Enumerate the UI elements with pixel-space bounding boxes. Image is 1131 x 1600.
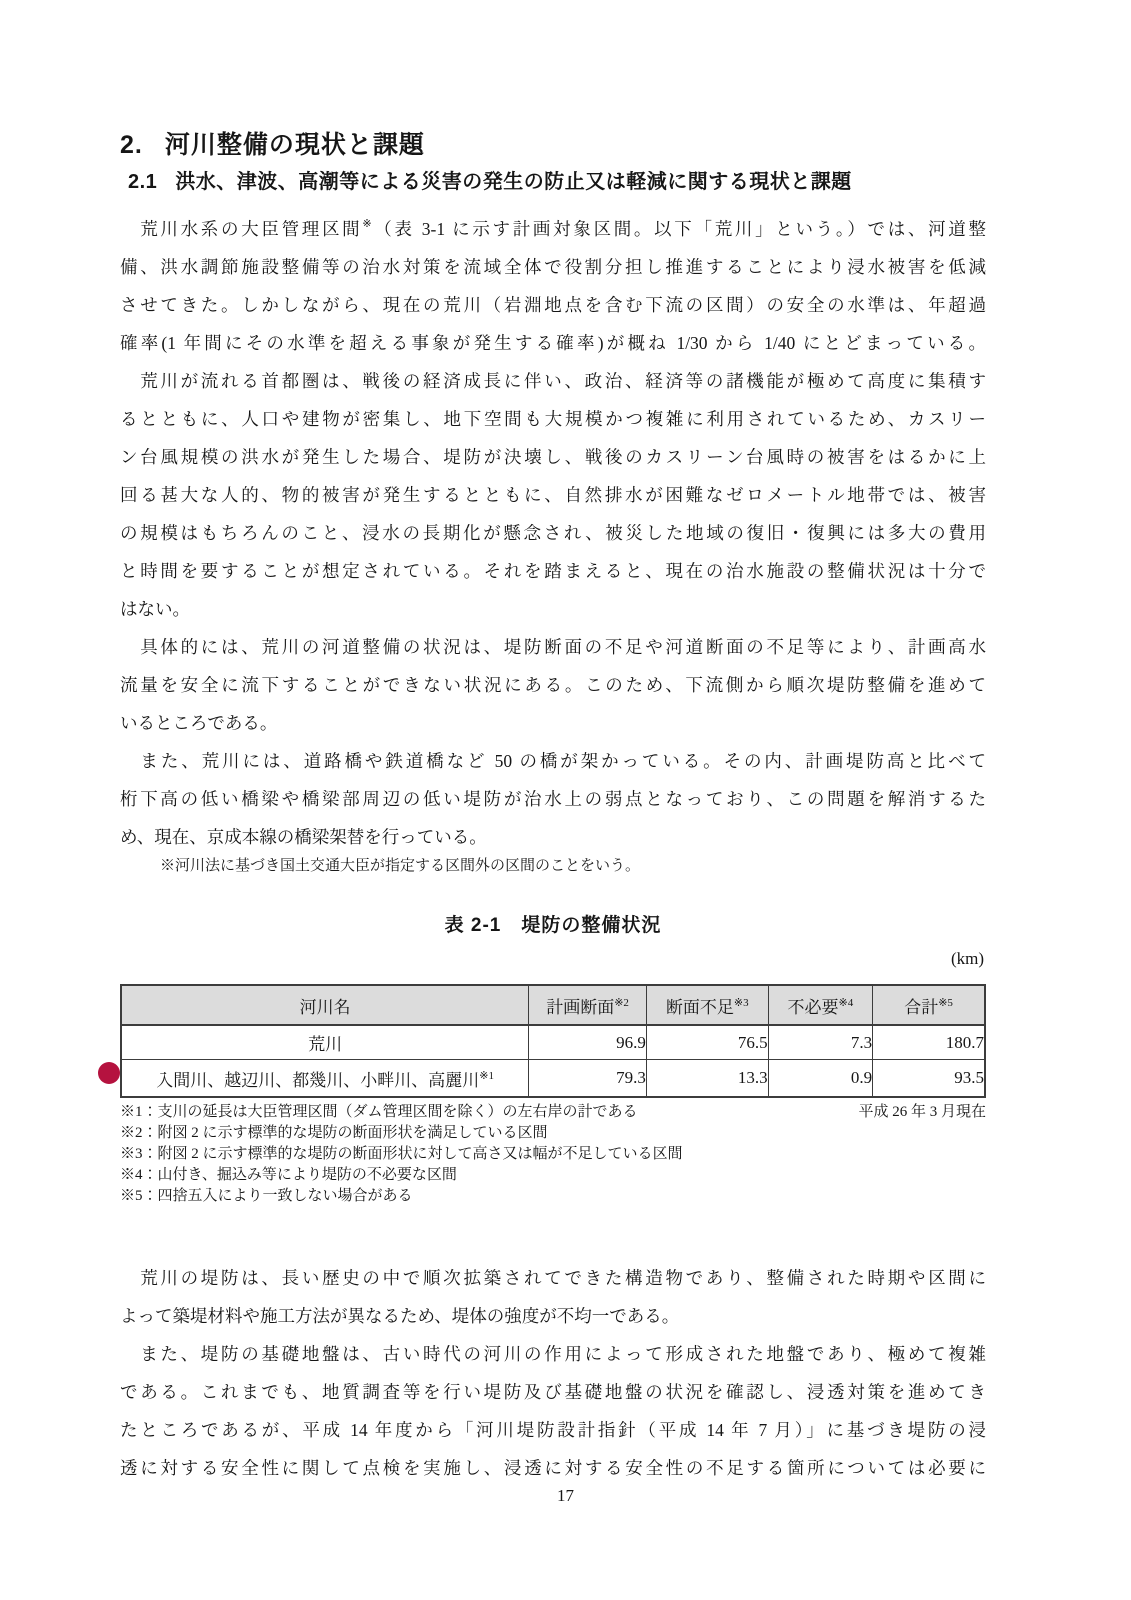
value-cell: 13.3 bbox=[646, 1060, 768, 1098]
text-run: 荒川水系の大臣管理区間 bbox=[120, 219, 362, 239]
page-content: 2.河川整備の現状と課題 2.1洪水、津波、高潮等による災害の発生の防止又は軽減… bbox=[120, 130, 986, 1487]
levee-maintenance-table: 河川名 計画断面※2 断面不足※3 不必要※4 合計※5 荒川 96.9 76.… bbox=[120, 984, 986, 1098]
text-line: また、堤防の基礎地盤は、古い時代の河川の作用によって形成された地盤であり、極めて… bbox=[120, 1335, 986, 1373]
column-label: 合計 bbox=[904, 998, 938, 1017]
text-line: である。これまでも、地質調査等を行い堤防及び基礎地盤の状況を確認し、浸透対策を進… bbox=[120, 1373, 986, 1411]
value-cell: 93.5 bbox=[873, 1060, 985, 1098]
subsection-number: 2.1 bbox=[128, 171, 157, 193]
text-line: はない。 bbox=[120, 590, 986, 628]
table-wrapper: 河川名 計画断面※2 断面不足※3 不必要※4 合計※5 荒川 96.9 76.… bbox=[120, 984, 986, 1098]
table-header-row: 河川名 計画断面※2 断面不足※3 不必要※4 合計※5 bbox=[121, 985, 985, 1025]
page-footnote: ※河川法に基づき国土交通大臣が指定する区間外の区間のことをいう。 bbox=[120, 856, 986, 877]
text-line: 透に対する安全性に関して点検を実施し、浸透に対する安全性の不足する箇所については… bbox=[120, 1449, 986, 1487]
text-line: ン台風規模の洪水が発生した場合、堤防が決壊し、戦後のカスリーン台風時の被害をはる… bbox=[120, 438, 986, 476]
table-row-tributaries: 入間川、越辺川、都幾川、小畔川、高麗川※1 79.3 13.3 0.9 93.5 bbox=[121, 1060, 985, 1098]
table-notes: ※1：支川の延長は大臣管理区間（ダム管理区間を除く）の左右岸の計である平成 26… bbox=[120, 1102, 986, 1207]
value-cell: 7.3 bbox=[768, 1025, 873, 1060]
column-label: 河川名 bbox=[300, 998, 351, 1017]
river-name-cell: 荒川 bbox=[121, 1025, 529, 1060]
paragraph: 荒川の堤防は、長い歴史の中で順次拡築されてできた構造物であり、整備された時期や区… bbox=[120, 1259, 986, 1335]
text-line: 流量を安全に流下することができない状況にある。このため、下流側から順次堤防整備を… bbox=[120, 666, 986, 704]
note-date: 平成 26 年 3 月現在 bbox=[858, 1102, 986, 1123]
text-line: の規模はもちろんのこと、浸水の長期化が懸念され、被災した地域の復旧・復興には多大… bbox=[120, 514, 986, 552]
note-line: ※1：支川の延長は大臣管理区間（ダム管理区間を除く）の左右岸の計である平成 26… bbox=[120, 1102, 986, 1123]
river-name: 入間川、越辺川、都幾川、小畔川、高麗川 bbox=[156, 1071, 479, 1090]
note-text: ※4：山付き、掘込み等により堤防の不必要な区間 bbox=[120, 1165, 457, 1186]
paragraph: また、堤防の基礎地盤は、古い時代の河川の作用によって形成された地盤であり、極めて… bbox=[120, 1335, 986, 1487]
text-line: 荒川水系の大臣管理区間※（表 3-1 に示す計画対象区間。以下「荒川」という。）… bbox=[120, 210, 986, 248]
text-line: させてきた。しかしながら、現在の荒川（岩淵地点を含む下流の区間）の安全の水準は、… bbox=[120, 286, 986, 324]
note-text: ※1：支川の延長は大臣管理区間（ダム管理区間を除く）の左右岸の計である bbox=[120, 1102, 638, 1123]
text-line: 荒川が流れる首都圏は、戦後の経済成長に伴い、政治、経済等の諸機能が極めて高度に集… bbox=[120, 362, 986, 400]
red-dot-marker bbox=[98, 1062, 120, 1084]
paragraph: また、荒川には、道路橋や鉄道橋など 50 の橋が架かっている。その内、計画堤防高… bbox=[120, 742, 986, 856]
section-title: 河川整備の現状と課題 bbox=[165, 131, 425, 159]
note-ref: ※4 bbox=[839, 997, 854, 1009]
section-heading: 2.河川整備の現状と課題 bbox=[120, 130, 986, 160]
note-line: ※2：附図 2 に示す標準的な堤防の断面形状を満足している区間 bbox=[120, 1123, 986, 1144]
table-title: 表 2-1堤防の整備状況 bbox=[120, 913, 986, 939]
note-line: ※4：山付き、掘込み等により堤防の不必要な区間 bbox=[120, 1165, 986, 1186]
text-run: （表 3-1 に示す計画対象区間。以下「荒川」という。）では、河道整 bbox=[374, 219, 986, 239]
text-line: たところであるが、平成 14 年度から「河川堤防設計指針（平成 14 年 7 月… bbox=[120, 1411, 986, 1449]
body-text: 荒川水系の大臣管理区間※（表 3-1 に示す計画対象区間。以下「荒川」という。）… bbox=[120, 210, 986, 856]
text-line: るとともに、人口や建物が密集し、地下空間も大規模かつ複雑に利用されているため、カ… bbox=[120, 400, 986, 438]
note-text: ※5：四捨五入により一致しない場合がある bbox=[120, 1186, 413, 1207]
note-ref: ※5 bbox=[938, 997, 953, 1009]
document-page: 2.河川整備の現状と課題 2.1洪水、津波、高潮等による災害の発生の防止又は軽減… bbox=[0, 0, 1131, 1600]
table-unit-label: (km) bbox=[120, 947, 986, 971]
river-name-cell: 入間川、越辺川、都幾川、小畔川、高麗川※1 bbox=[121, 1060, 529, 1098]
value-cell: 79.3 bbox=[529, 1060, 647, 1098]
note-ref: ※3 bbox=[734, 997, 749, 1009]
note-text: ※3：附図 2 に示す標準的な堤防の断面形状に対して高さ又は幅が不足している区間 bbox=[120, 1144, 683, 1165]
column-header-planned-section: 計画断面※2 bbox=[529, 985, 647, 1025]
note-ref: ※1 bbox=[479, 1070, 494, 1082]
text-line: と時間を要することが想定されている。それを踏まえると、現在の治水施設の整備状況は… bbox=[120, 552, 986, 590]
text-line: 確率(1 年間にその水準を超える事象が発生する確率)が概ね 1/30 から 1/… bbox=[120, 324, 986, 362]
column-header-unnecessary: 不必要※4 bbox=[768, 985, 873, 1025]
text-line: また、荒川には、道路橋や鉄道橋など 50 の橋が架かっている。その内、計画堤防高… bbox=[120, 742, 986, 780]
value-cell: 76.5 bbox=[646, 1025, 768, 1060]
column-header-total: 合計※5 bbox=[873, 985, 985, 1025]
note-ref: ※2 bbox=[614, 997, 629, 1009]
text-line: よって築堤材料や施工方法が異なるため、堤体の強度が不均一である。 bbox=[120, 1297, 986, 1335]
note-line: ※3：附図 2 に示す標準的な堤防の断面形状に対して高さ又は幅が不足している区間 bbox=[120, 1144, 986, 1165]
paragraph: 荒川水系の大臣管理区間※（表 3-1 に示す計画対象区間。以下「荒川」という。）… bbox=[120, 210, 986, 362]
section-number: 2. bbox=[120, 131, 143, 159]
value-cell: 96.9 bbox=[529, 1025, 647, 1060]
text-line: 備、洪水調節施設整備等の治水対策を流域全体で役割分担し推進することにより浸水被害… bbox=[120, 248, 986, 286]
column-label: 不必要 bbox=[788, 998, 839, 1017]
subsection-title: 洪水、津波、高潮等による災害の発生の防止又は軽減に関する現状と課題 bbox=[175, 171, 852, 193]
table-caption: 堤防の整備状況 bbox=[521, 915, 661, 936]
text-line: いるところである。 bbox=[120, 704, 986, 742]
body-text-lower: 荒川の堤防は、長い歴史の中で順次拡築されてできた構造物であり、整備された時期や区… bbox=[120, 1259, 986, 1487]
page-number: 17 bbox=[0, 1486, 1131, 1506]
column-header-insufficient-section: 断面不足※3 bbox=[646, 985, 768, 1025]
column-label: 計画断面 bbox=[546, 998, 614, 1017]
subsection-heading: 2.1洪水、津波、高潮等による災害の発生の防止又は軽減に関する現状と課題 bbox=[120, 168, 986, 196]
paragraph: 荒川が流れる首都圏は、戦後の経済成長に伴い、政治、経済等の諸機能が極めて高度に集… bbox=[120, 362, 986, 628]
footnote-ref: ※ bbox=[362, 218, 374, 230]
text-line: 桁下高の低い橋梁や橋梁部周辺の低い堤防が治水上の弱点となっており、この問題を解消… bbox=[120, 780, 986, 818]
text-line: 回る甚大な人的、物的被害が発生するとともに、自然排水が困難なゼロメートル地帯では… bbox=[120, 476, 986, 514]
value-cell: 0.9 bbox=[768, 1060, 873, 1098]
text-line: 荒川の堤防は、長い歴史の中で順次拡築されてできた構造物であり、整備された時期や区… bbox=[120, 1259, 986, 1297]
value-cell: 180.7 bbox=[873, 1025, 985, 1060]
table-number: 表 2-1 bbox=[445, 915, 502, 936]
column-label: 断面不足 bbox=[666, 998, 734, 1017]
text-line: め、現在、京成本線の橋梁架替を行っている。 bbox=[120, 818, 986, 856]
text-line: 具体的には、荒川の河道整備の状況は、堤防断面の不足や河道断面の不足等により、計画… bbox=[120, 628, 986, 666]
river-name: 荒川 bbox=[308, 1035, 342, 1054]
paragraph: 具体的には、荒川の河道整備の状況は、堤防断面の不足や河道断面の不足等により、計画… bbox=[120, 628, 986, 742]
column-header-river: 河川名 bbox=[121, 985, 529, 1025]
note-text: ※2：附図 2 に示す標準的な堤防の断面形状を満足している区間 bbox=[120, 1123, 548, 1144]
note-line: ※5：四捨五入により一致しない場合がある bbox=[120, 1186, 986, 1207]
table-row-arakawa: 荒川 96.9 76.5 7.3 180.7 bbox=[121, 1025, 985, 1060]
